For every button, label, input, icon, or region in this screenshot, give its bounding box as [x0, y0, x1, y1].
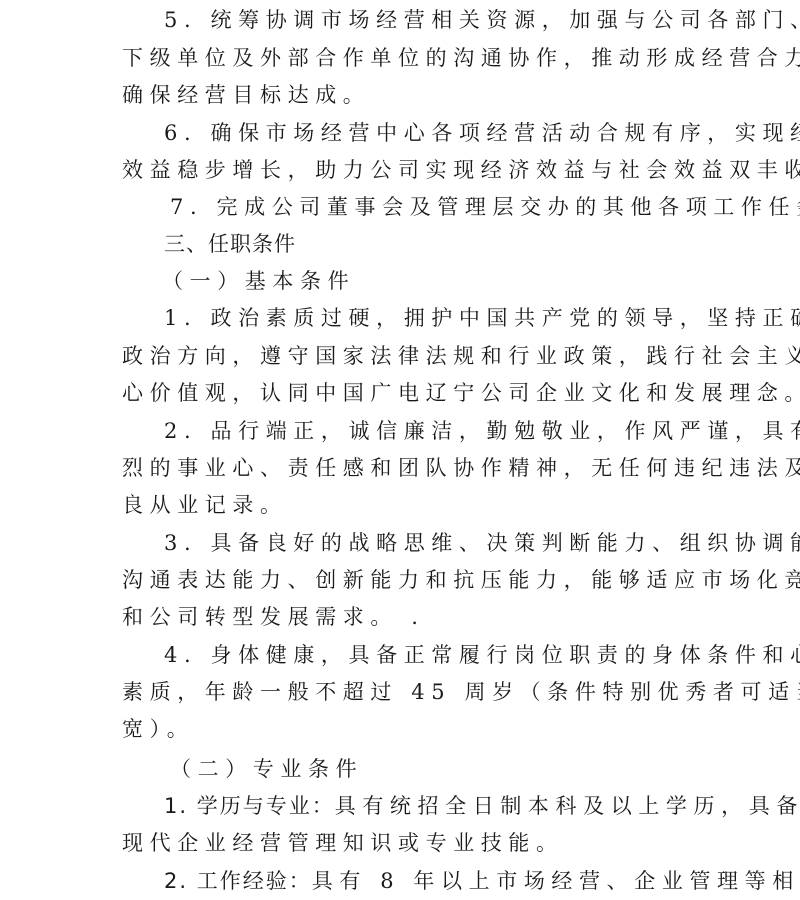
professional-item-1-lead: 1. 学历与专业：: [164, 794, 335, 818]
basic-item-3-line-3: 和公司转型发展需求。 .: [122, 599, 425, 636]
professional-item-1-line-1: 1. 学历与专业：具有统招全日制本科及以上学历，具备: [164, 788, 800, 825]
basic-item-3-line-1: 3. 具备良好的战略思维、决策判断能力、组织协调能力、: [164, 525, 800, 562]
basic-item-2-line-2: 烈的事业心、责任感和团队协作精神，无任何违纪违法及不: [122, 450, 800, 487]
professional-item-1-line-2: 现代企业经营管理知识或专业技能。: [122, 825, 564, 862]
duty-5-line-3: 确保经营目标达成。: [122, 77, 370, 114]
duty-5-line-2: 下级单位及外部合作单位的沟通协作，推动形成经营合力，: [122, 40, 800, 77]
duty-6-line-1: 6. 确保市场经营中心各项经营活动合规有序，实现经营: [164, 115, 800, 152]
basic-item-3-line-2: 沟通表达能力、创新能力和抗压能力，能够适应市场化竞争: [122, 562, 800, 599]
professional-item-2-text: 具有 8 年以上市场经营、企业管理等相关: [312, 869, 800, 893]
basic-item-4-line-2: 素质，年龄一般不超过 45 周岁（条件特别优秀者可适当放: [122, 674, 800, 711]
professional-item-2-lead: 2. 工作经验：: [164, 869, 312, 893]
basic-item-4-line-3: 宽）。: [122, 711, 194, 748]
duty-6-line-2: 效益稳步增长，助力公司实现经济效益与社会效益双丰收。: [122, 152, 800, 189]
professional-item-1-text: 具有统招全日制本科及以上学历，具备: [335, 794, 800, 818]
section-heading-qualifications: 三、任职条件: [164, 226, 296, 263]
basic-item-2-line-3: 良从业记录。: [122, 487, 288, 524]
subheading-professional-conditions: （二）专业条件: [170, 751, 363, 788]
basic-item-1-line-1: 1. 政治素质过硬，拥护中国共产党的领导，坚持正确的: [164, 300, 800, 337]
professional-item-2-line-1: 2. 工作经验：具有 8 年以上市场经营、企业管理等相关: [164, 863, 800, 900]
basic-item-1-line-3: 心价值观，认同中国广电辽宁公司企业文化和发展理念。: [122, 375, 800, 412]
duty-7-line-1: 7. 完成公司董事会及管理层交办的其他各项工作任务。: [170, 189, 800, 226]
basic-item-4-line-1: 4. 身体健康，具备正常履行岗位职责的身体条件和心理: [164, 637, 800, 674]
subheading-basic-conditions: （一）基本条件: [162, 263, 355, 300]
basic-item-1-line-2: 政治方向，遵守国家法律法规和行业政策，践行社会主义核: [122, 338, 800, 375]
basic-item-2-line-1: 2. 品行端正，诚信廉洁，勤勉敬业，作风严谨，具有强: [164, 413, 800, 450]
duty-5-line-1: 5. 统筹协调市场经营相关资源，加强与公司各部门、上: [164, 2, 800, 39]
